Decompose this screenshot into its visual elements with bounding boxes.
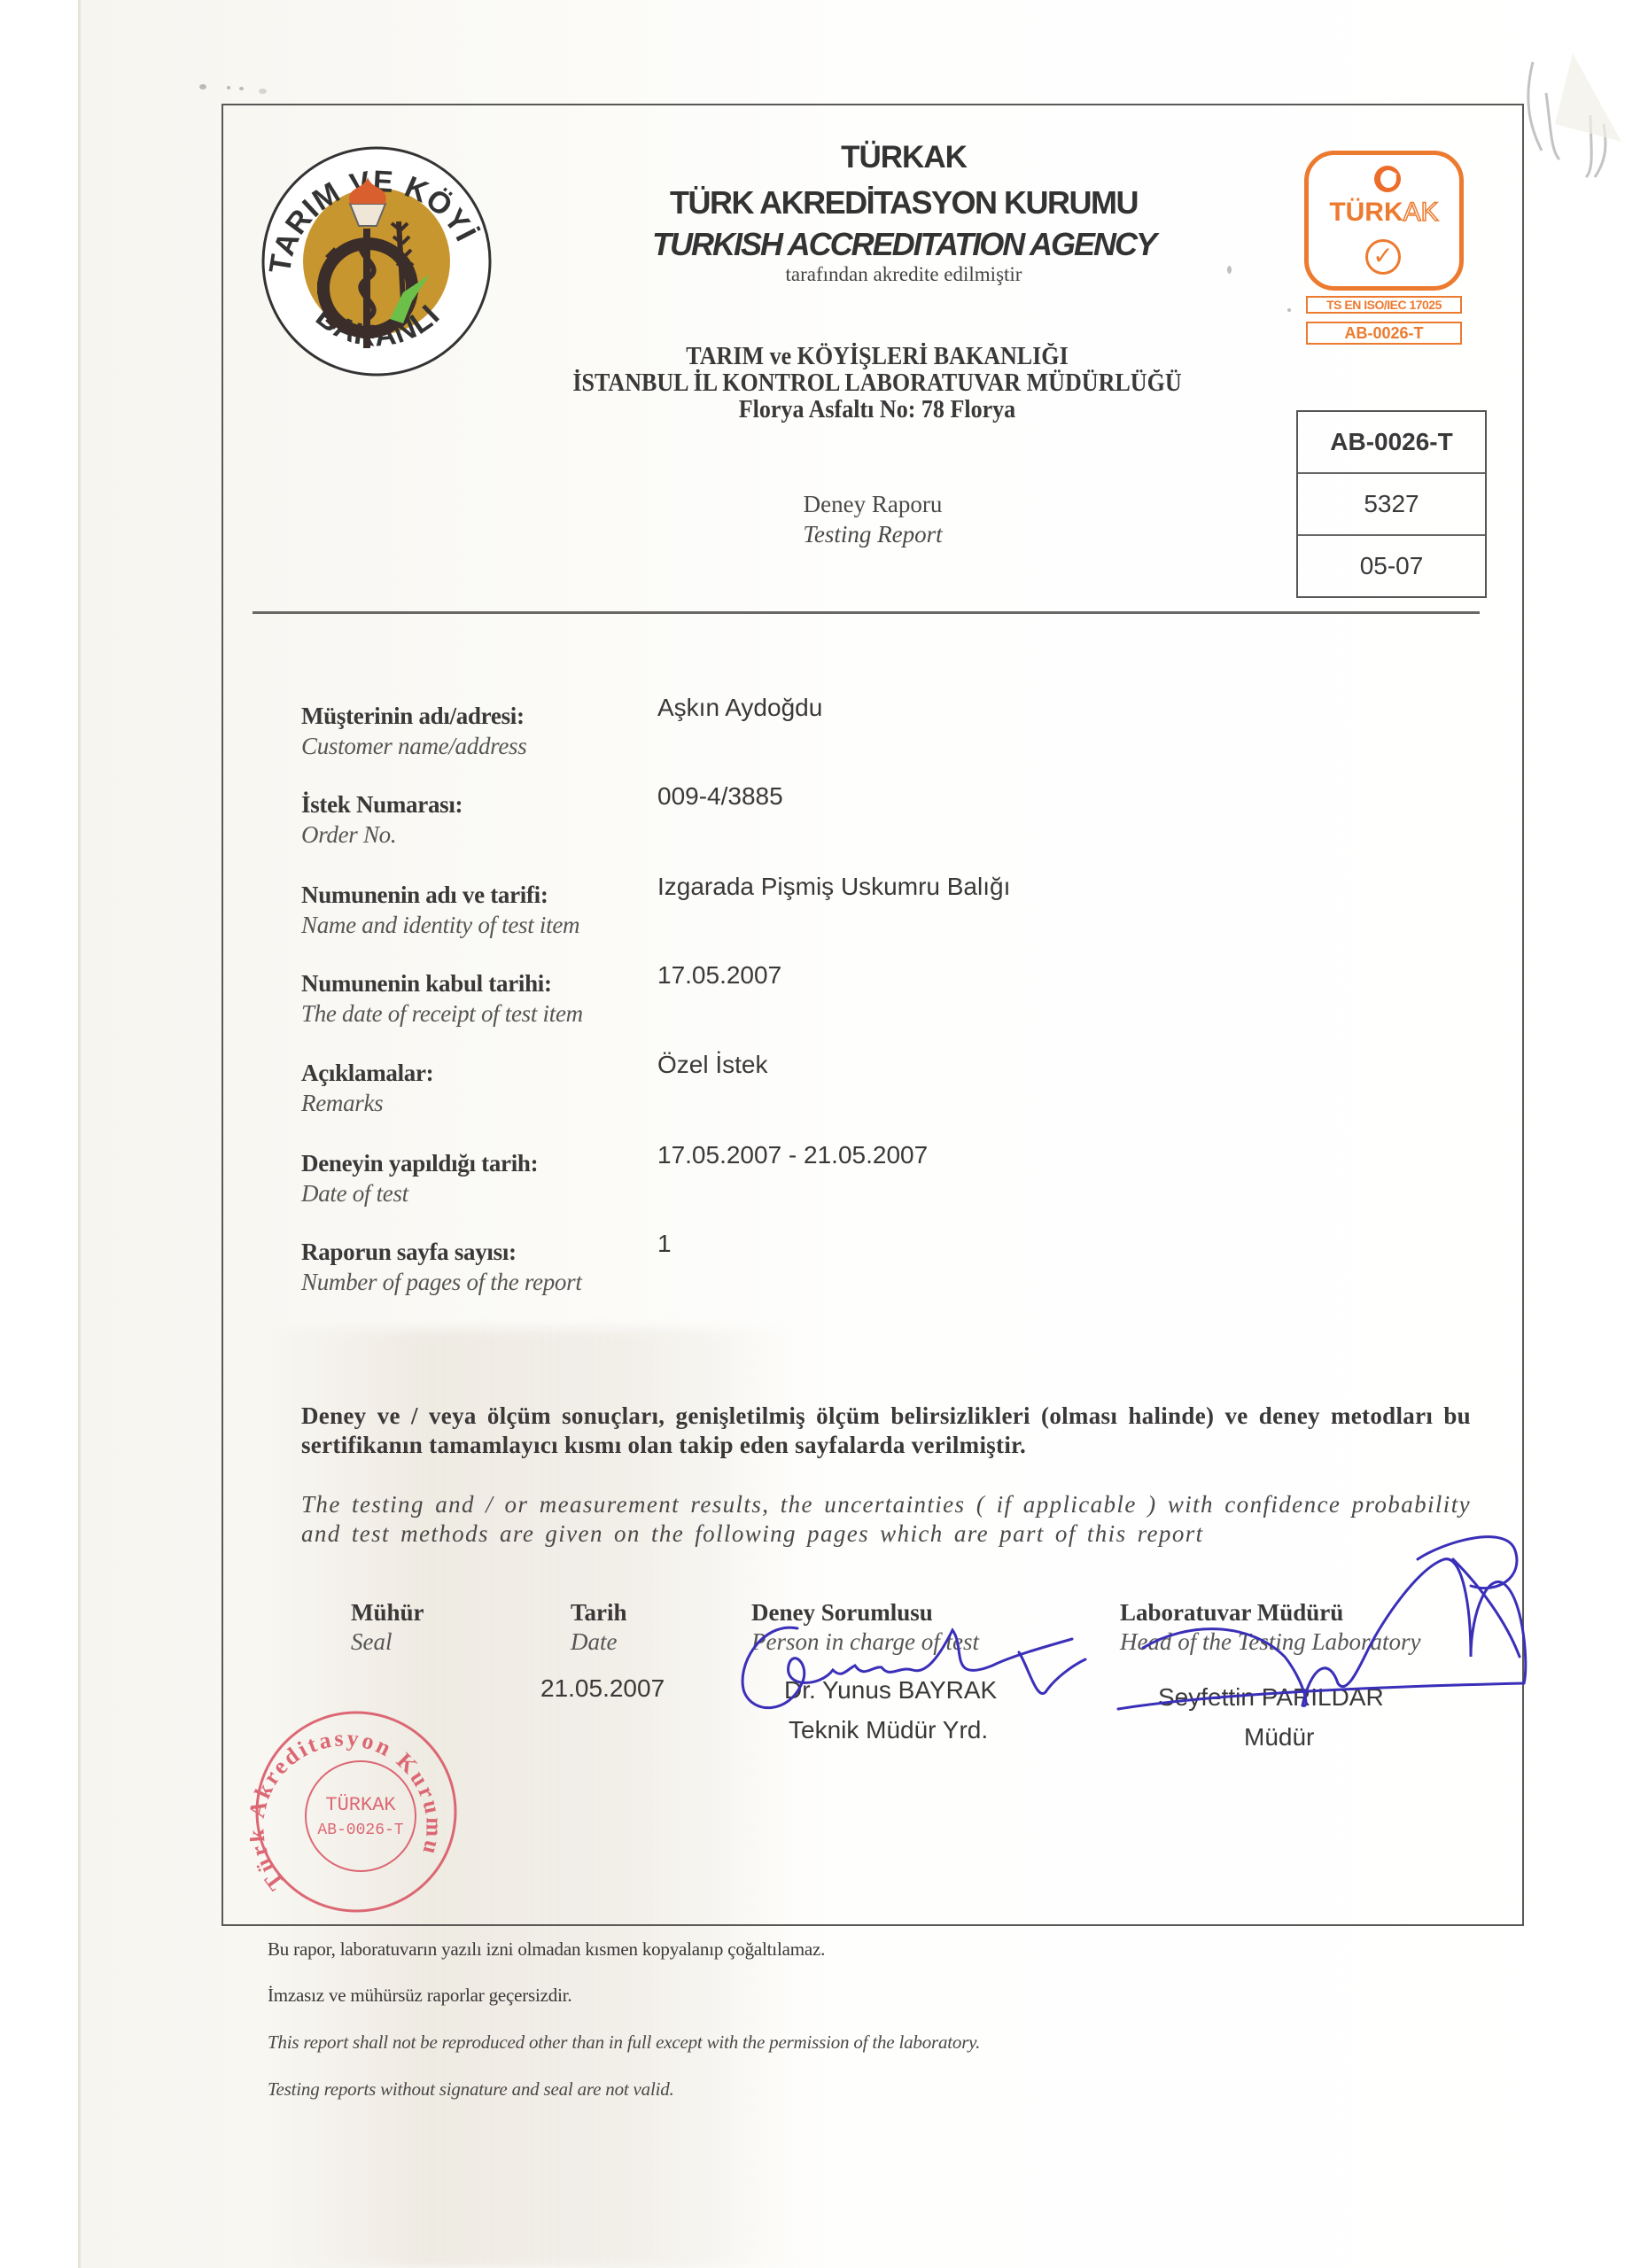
footer-note-3: This report shall not be reproduced othe… [268, 2031, 980, 2054]
accreditor-full-name-en: TURKISH ACCREDITATION AGENCY [567, 226, 1240, 263]
person-in-charge-column: Deney Sorumlusu Person in charge of test [751, 1599, 979, 1656]
field-label-tr: Deneyin yapıldığı tarih: [301, 1150, 538, 1177]
field-label-en: Name and identity of test item [301, 912, 579, 939]
seal-column: Mühür Seal [351, 1599, 424, 1656]
reference-box: AB-0026-T 5327 05-07 [1296, 410, 1487, 598]
stamp-center-line2: AB-0026-T [317, 1821, 403, 1839]
ministry-name: TARIM ve KÖYİŞLERİ BAKANLIĞI [507, 344, 1248, 370]
head-of-lab-title: Müdür [1244, 1723, 1314, 1751]
field-page-count: Raporun sayfa sayısı: Number of pages of… [301, 1239, 1453, 1309]
badge-code: AB-0026-T [1306, 322, 1462, 345]
official-seal-stamp: Türk Akreditasyon Kurumu TÜRKAK AB-0026-… [250, 1705, 463, 1918]
field-label-tr: Raporun sayfa sayısı: [301, 1239, 517, 1266]
field-value: 009-4/3885 [657, 782, 783, 811]
report-title-tr: Deney Raporu [727, 489, 1019, 519]
laboratory-name: İSTANBUL İL KONTROL LABORATUVAR MÜDÜRLÜĞ… [507, 370, 1248, 397]
field-test-date: Deneyin yapıldığı tarih: Date of test 17… [301, 1150, 1453, 1221]
field-value: 17.05.2007 [657, 961, 781, 990]
scan-speck [239, 87, 244, 90]
head-of-lab-name: Seyfettin PARILDAR [1158, 1683, 1384, 1712]
date-label-tr: Tarih [571, 1599, 627, 1627]
person-in-charge-name: Dr. Yunus BAYRAK [784, 1676, 997, 1705]
field-value: Özel İstek [657, 1051, 767, 1079]
field-label-en: Number of pages of the report [301, 1269, 582, 1296]
person-in-charge-title: Teknik Müdür Yrd. [789, 1716, 988, 1744]
scan-speck [199, 84, 206, 89]
field-label-en: Date of test [301, 1180, 408, 1208]
scan-speck [259, 89, 267, 94]
head-of-lab-label-tr: Laboratuvar Müdürü [1120, 1599, 1421, 1627]
field-value: 1 [657, 1230, 672, 1258]
scan-speck [227, 86, 230, 89]
field-test-item: Numunenin adı ve tarifi: Name and identi… [301, 882, 1453, 952]
accreditation-number: AB-0026-T [1298, 412, 1485, 474]
field-value: Izgarada Pişmiş Uskumru Balığı [657, 873, 1010, 901]
footer-note-2: İmzasız ve mühürsüz raporlar geçersizdir… [268, 1984, 571, 2007]
field-order-no: İstek Numarası: Order No. 009-4/3885 [301, 791, 1453, 862]
field-label-en: The date of receipt of test item [301, 1000, 583, 1028]
ministry-logo: TARIM VE KÖYİŞLERİ BAKANLIĞI [257, 142, 496, 381]
report-title-en: Testing Report [727, 519, 1019, 549]
header-divider [253, 611, 1480, 614]
footer-note-4: Testing reports without signature and se… [268, 2078, 674, 2101]
date-label-en: Date [571, 1628, 627, 1656]
head-of-lab-label-en: Head of the Testing Laboratory [1120, 1628, 1421, 1656]
field-label-en: Remarks [301, 1090, 383, 1117]
badge-wordmark: TÜRKAK [1309, 198, 1459, 228]
statement-en: The testing and / or measurement results… [301, 1490, 1471, 1549]
statement-tr: Deney ve / veya ölçüm sonuçları, genişle… [301, 1402, 1471, 1460]
field-label-en: Customer name/address [301, 733, 526, 760]
accreditor-short-name: TÜRKAK [567, 140, 1240, 175]
report-date-value: 21.05.2007 [540, 1674, 665, 1703]
report-number: 5327 [1298, 474, 1485, 536]
field-value: Aşkın Aydoğdu [657, 694, 822, 722]
date-column: Tarih Date [571, 1599, 627, 1656]
seal-label-en: Seal [351, 1628, 424, 1656]
field-label-tr: Açıklamalar: [301, 1060, 433, 1087]
field-label-tr: İstek Numarası: [301, 791, 463, 819]
field-remarks: Açıklamalar: Remarks Özel İstek [301, 1060, 1453, 1130]
person-in-charge-label-en: Person in charge of test [751, 1628, 979, 1656]
stamp-center-line1: TÜRKAK [325, 1794, 396, 1816]
report-period: 05-07 [1298, 536, 1485, 596]
field-value: 17.05.2007 - 21.05.2007 [657, 1141, 928, 1169]
accredited-by-text: tarafından akredite edilmiştir [567, 263, 1240, 286]
field-label-en: Order No. [301, 821, 396, 849]
head-of-lab-column: Laboratuvar Müdürü Head of the Testing L… [1120, 1599, 1421, 1656]
field-customer: Müşterinin adı/adresi: Customer name/add… [301, 703, 1453, 773]
paper-edge [78, 0, 81, 2268]
lab-header: TARIM ve KÖYİŞLERİ BAKANLIĞI İSTANBUL İL… [478, 344, 1276, 423]
field-receipt-date: Numunenin kabul tarihi: The date of rece… [301, 970, 1453, 1041]
field-label-tr: Numunenin adı ve tarifi: [301, 882, 548, 909]
turkak-accreditation-badge: TÜRKAK ✓ [1304, 151, 1464, 291]
person-in-charge-label-tr: Deney Sorumlusu [751, 1599, 979, 1627]
report-title: Deney Raporu Testing Report [727, 489, 1019, 549]
field-label-tr: Numunenin kabul tarihi: [301, 970, 552, 998]
checkmark-icon: ✓ [1365, 239, 1401, 275]
footer-note-1: Bu rapor, laboratuvarın yazılı izni olma… [268, 1938, 825, 1961]
pencil-marks [1506, 53, 1648, 195]
crescent-star-icon [1374, 166, 1401, 192]
accreditor-full-name-tr: TÜRK AKREDİTASYON KURUMU [567, 184, 1240, 221]
badge-standard: TS EN ISO/IEC 17025 [1306, 296, 1462, 314]
field-label-tr: Müşterinin adı/adresi: [301, 703, 525, 730]
seal-label-tr: Mühür [351, 1599, 424, 1627]
laboratory-address: Florya Asfaltı No: 78 Florya [507, 397, 1248, 423]
